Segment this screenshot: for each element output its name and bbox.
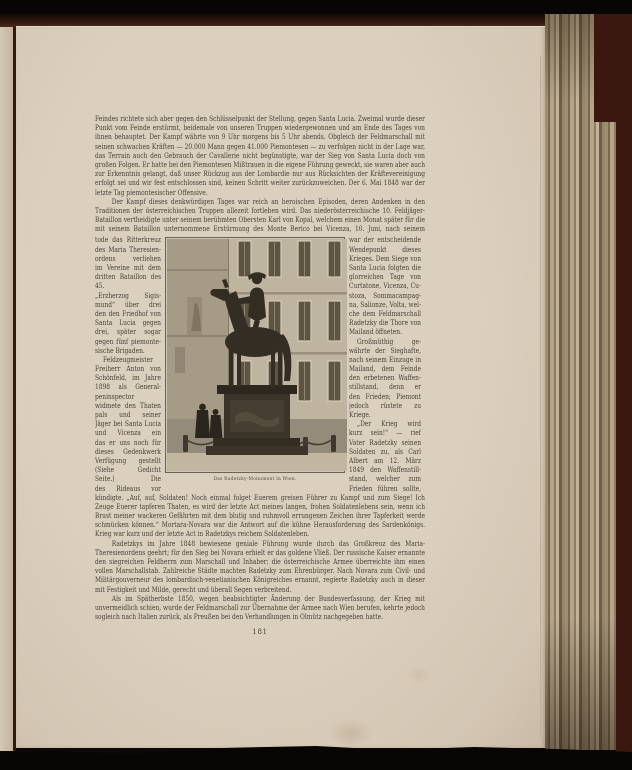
text-line: unvermeidlich schien, wurde der Feldmars… [95, 603, 425, 612]
text-line: Frieden führen sollte, [349, 484, 421, 493]
text-line: Vater Radetzky seinen [349, 438, 421, 447]
text-line: Kriege. [349, 410, 421, 419]
paragraph: Als im Spätherbste 1850, wegen beabsicht… [95, 594, 425, 622]
text-line: war der entscheidende [349, 235, 421, 244]
text-line: ihnen behauptet. Der Kampf währte von 9 … [95, 132, 425, 141]
text-line: 1849 den Waffenstill- [349, 465, 421, 474]
text-line: 45. Infanterieregiments [95, 281, 161, 290]
text-line: Feindes richtete sich aber gegen den Sch… [95, 114, 425, 123]
text-line: stillstand, denn er wollte [349, 382, 421, 391]
text-line: Zeuge Euerer tapferen Thaten, es wird de… [95, 502, 425, 511]
text-line: vollen Marschallstab. Zahlreiche Städte … [95, 566, 425, 575]
text-line: Mailand, dem Feinde [349, 364, 421, 373]
text-line: 1898 als General-Trup- [95, 382, 161, 391]
page-number: 181 [95, 628, 425, 637]
text-line: Theresienordens geehrt; für den Sieg bei… [95, 548, 425, 557]
text-line: drei, später sogar [95, 327, 161, 336]
text-line: zur Erkenntnis gelangt, daß unser Rückzu… [95, 169, 425, 178]
text-line: Santa Lucia folgten die [349, 263, 421, 272]
text-line: Verfügung gestellt hat. [95, 456, 161, 465]
paragraph: Feindes richtete sich aber gegen den Sch… [95, 114, 425, 197]
text-line: den siegreichen Feldherrn zum Marschall … [95, 557, 425, 566]
text-line: stoza, Sommacampag- [349, 291, 421, 300]
text-line: das er uns noch für [95, 438, 161, 447]
text-line: schmücken können.“ Mortara-Novara war di… [95, 520, 425, 529]
book-cover-top-edge [0, 13, 618, 27]
paragraph: kündigte. „Auf, auf, Soldaten! Noch einm… [95, 493, 425, 539]
text-line: Wendepunkt dieses [349, 245, 421, 254]
text-line: mund“ über drei Stun- [95, 300, 161, 309]
text-line: währte der Sieghafte, [349, 346, 421, 355]
scanned-book-page-photo: Feindes richtete sich aber gegen den Sch… [0, 0, 632, 770]
right-text-column: war der entscheidendeWendepunkt diesesKr… [349, 235, 421, 492]
text-line: Militärgouverneur des lombardisch-veneti… [95, 575, 425, 584]
text-line: pals und seiner Zehner- [95, 410, 161, 419]
text-line: nach seinem Einzuge in [349, 355, 421, 364]
text-line: jedoch rüstete zu neuem [349, 401, 421, 410]
text-line: dieses Gedenkwerk zur [95, 447, 161, 456]
text-line: mit Festigkeit und Milde, gerecht und üb… [95, 585, 425, 594]
text-line: Jäger bei Santa Lucia [95, 419, 161, 428]
text-line: Schönfeld, im Jahre [95, 373, 161, 382]
page-edge-line [540, 56, 541, 738]
text-line: na, Salionze, Volta, wel- [349, 300, 421, 309]
page-text: Feindes richtete sich aber gegen den Sch… [95, 114, 425, 638]
figure-caption: Das Radetzky-Monument in Wien. [165, 475, 345, 485]
left-text-column: tode das Ritterkreuzdes Maria Theresien-… [95, 235, 161, 492]
text-wrap-row: tode das Ritterkreuzdes Maria Theresien-… [95, 235, 425, 492]
paper-stain [406, 666, 432, 684]
text-line: „Der Krieg wird [349, 419, 421, 428]
text-line: erfolgt sei und wir fest entschlossen si… [95, 178, 425, 187]
text-line: den Frieden; Piemont [349, 392, 421, 401]
text-line: sogleich nach Italien zurück, als Preuße… [95, 612, 425, 621]
text-line: kündigte. „Auf, auf, Soldaten! Noch einm… [95, 493, 425, 502]
text-line: Curtatone, Vicenza, Cu- [349, 281, 421, 290]
text-line: des Maria Theresien- [95, 245, 161, 254]
text-line: Traditionen der österreichischen Truppen… [95, 206, 425, 215]
text-line: des Rideaus vor Verona [95, 484, 161, 493]
facing-page-edge [0, 24, 13, 751]
text-line: das Terrain auch den Gebrauch der Cavall… [95, 151, 425, 160]
book-page: Feindes richtete sich aber gegen den Sch… [16, 26, 545, 748]
text-line: kurz sein!“ — rief [349, 428, 421, 437]
text-line: dritten Bataillon des [95, 272, 161, 281]
text-line: Albert am 12. März [349, 456, 421, 465]
paper-stain [328, 718, 374, 748]
text-line: letzte Tag piemontesischer Offensive. [95, 188, 425, 197]
text-line: Soldaten zu, als Carl [349, 447, 421, 456]
paragraph: Radetzkys im Jahre 1848 bewiesene genial… [95, 539, 425, 594]
text-line: Als im Spätherbste 1850, wegen beabsicht… [95, 594, 425, 603]
book-cover-right [616, 0, 632, 758]
text-line: Krieges. Dem Siege von [349, 254, 421, 263]
text-line: Freiherr Anton von [95, 364, 161, 373]
text-line: den den Friedhof von [95, 309, 161, 318]
text-line: Punkt vom Feinde erstürmt, beidemale von… [95, 123, 425, 132]
paragraph: Der Kampf dieses denkwürdigen Tages war … [95, 197, 425, 234]
monument-photo [165, 237, 345, 473]
text-line: Großmüthig ge- [349, 337, 421, 346]
text-line: „Erzherzog Sigis- [95, 291, 161, 300]
text-line: Radetzky die Thore von [349, 318, 421, 327]
text-line: sische Brigaden. [95, 346, 161, 355]
text-line: Krieg war kurz und der letzte Act in Rad… [95, 529, 425, 538]
text-line: Bataillon vertheidigte unter seinem berü… [95, 215, 425, 224]
text-line: Brust meiner wackeren Gefährten mit dem … [95, 511, 425, 520]
text-line: che dem Feldmarschall [349, 309, 421, 318]
text-line: Mailand öffneten. [349, 327, 421, 336]
text-line: mit seinem Bataillon unternommene Erstür… [95, 224, 425, 233]
text-line: Seite.) Die Behauptung [95, 474, 161, 483]
text-line: gegen fünf piemonte- [95, 337, 161, 346]
text-line: peninspector gestorben, [95, 392, 161, 401]
text-line: stand, welcher zum [349, 474, 421, 483]
text-line: (Siehe Gedicht nächste [95, 465, 161, 474]
text-line: seinen schwachen Kräften — 20.000 Mann g… [95, 142, 425, 151]
book-fore-edge [545, 14, 616, 750]
text-line: glorreichen Tage von [349, 272, 421, 281]
text-line: Feldzeugmeister [95, 355, 161, 364]
text-line: den erbetenen Waffen- [349, 373, 421, 382]
text-line: Radetzkys im Jahre 1848 bewiesene genial… [95, 539, 425, 548]
text-line: widmete den Thaten Ko- [95, 401, 161, 410]
text-line: tode das Ritterkreuz [95, 235, 161, 244]
photo-frame-top [0, 0, 632, 14]
text-line: im Vereine mit dem [95, 263, 161, 272]
monument-photo-art [167, 239, 347, 471]
text-line: Santa Lucia gegen [95, 318, 161, 327]
text-line: großen Folgen. Er hatte bei den Piemonte… [95, 160, 425, 169]
figure-monument: Das Radetzky-Monument in Wien. [165, 237, 345, 485]
text-line: und Vicenza ein Gedicht, [95, 428, 161, 437]
text-line: ordens verliehen wurde, [95, 254, 161, 263]
text-line: Der Kampf dieses denkwürdigen Tages war … [95, 197, 425, 206]
